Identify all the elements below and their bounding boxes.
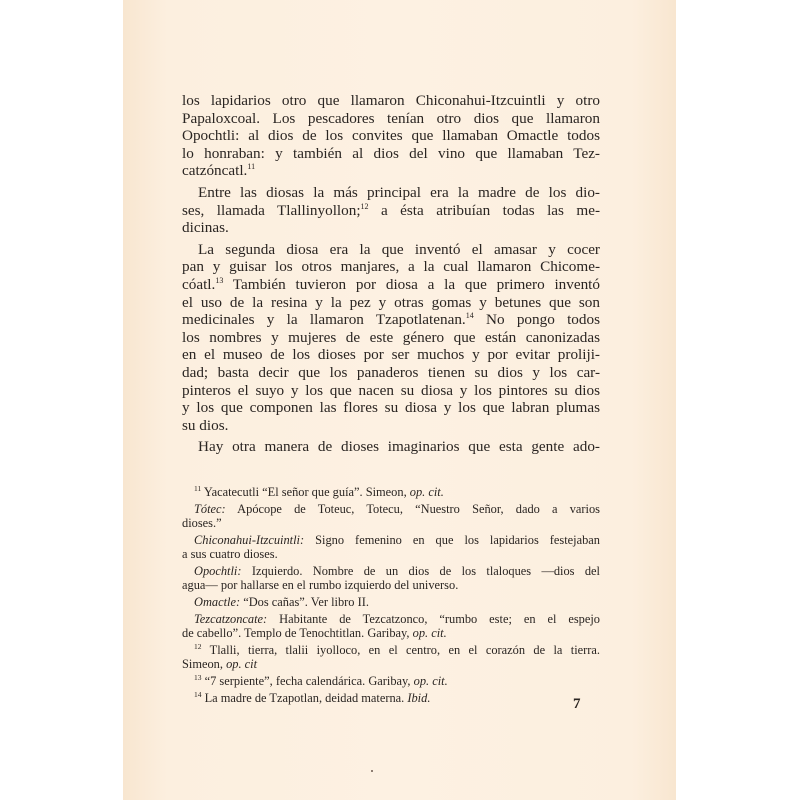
footnote-ref: 12 bbox=[361, 202, 369, 211]
text-line: pinteros el suyo y los que nacen su dios… bbox=[182, 382, 600, 400]
footnote-tezcatzoncate: Tezcatzoncate: Habitante de Tezcatzonco,… bbox=[182, 612, 600, 640]
text-line: medicinales y la llamaron Tzapotlatenan.… bbox=[182, 311, 600, 329]
text-line: ses, llamada Tlallinyollon;12 a ésta atr… bbox=[182, 202, 600, 220]
paragraph-2: Entre las diosas la más principal era la… bbox=[182, 184, 600, 237]
text-line: catzóncatl.11 bbox=[182, 162, 600, 180]
footnote-ref: 11 bbox=[247, 162, 255, 171]
footnotes: 11 Yacatecutli “El señor que guía”. Sime… bbox=[182, 485, 600, 708]
text-line: La segunda diosa era la que inventó el a… bbox=[182, 241, 600, 259]
footnote-omactle: Omactle: “Dos cañas”. Ver libro II. bbox=[182, 595, 600, 609]
footnote-ref: 14 bbox=[466, 311, 474, 320]
text-line: su dios. bbox=[182, 417, 600, 435]
text-line: y los que componen las flores su diosa y… bbox=[182, 399, 600, 417]
paragraph-4: Hay otra manera de dioses imaginarios qu… bbox=[182, 438, 600, 456]
text-line: Entre las diosas la más principal era la… bbox=[182, 184, 600, 202]
text-line: dad; basta decir que los panaderos tiene… bbox=[182, 364, 600, 382]
text-line: Opochtli: al dios de los convites que ll… bbox=[182, 127, 600, 145]
book-page: los lapidarios otro que llamaron Chicona… bbox=[123, 0, 676, 800]
text-line: el uso de la resina y la pez y otras gom… bbox=[182, 294, 600, 312]
footnote-14: 14 La madre de Tzapotlan, deidad materna… bbox=[182, 691, 600, 705]
text-line: Papaloxcoal. Los pescadores tenían otro … bbox=[182, 110, 600, 128]
text-line: Hay otra manera de dioses imaginarios qu… bbox=[182, 438, 600, 456]
paragraph-3: La segunda diosa era la que inventó el a… bbox=[182, 241, 600, 435]
text-line: lo honraban: y también al dios del vino … bbox=[182, 145, 600, 163]
text-line: en el museo de los dioses por ser muchos… bbox=[182, 346, 600, 364]
footnote-chiconahui: Chiconahui-Itzcuintli: Signo femenino en… bbox=[182, 533, 600, 561]
text-line: pan y guisar los otros manjares, a la cu… bbox=[182, 258, 600, 276]
body-text: los lapidarios otro que llamaron Chicona… bbox=[182, 92, 600, 456]
page-number: 7 bbox=[573, 696, 581, 713]
footnote-12: 12 Tlalli, tierra, tlalii iyolloco, en e… bbox=[182, 643, 600, 671]
text-line: los nombres y mujeres de este género que… bbox=[182, 329, 600, 347]
text-line: cóatl.13 También tuvieron por diosa a la… bbox=[182, 276, 600, 294]
paragraph-1: los lapidarios otro que llamaron Chicona… bbox=[182, 92, 600, 180]
paper-speck bbox=[371, 770, 373, 772]
footnote-opochtli: Opochtli: Izquierdo. Nombre de un dios d… bbox=[182, 564, 600, 592]
footnote-11: 11 Yacatecutli “El señor que guía”. Sime… bbox=[182, 485, 600, 499]
text-line: los lapidarios otro que llamaron Chicona… bbox=[182, 92, 600, 110]
footnote-13: 13 “7 serpiente”, fecha calendárica. Gar… bbox=[182, 674, 600, 688]
text-line: dicinas. bbox=[182, 219, 600, 237]
footnote-totec: Tótec: Apócope de Toteuc, Totecu, “Nuest… bbox=[182, 502, 600, 530]
